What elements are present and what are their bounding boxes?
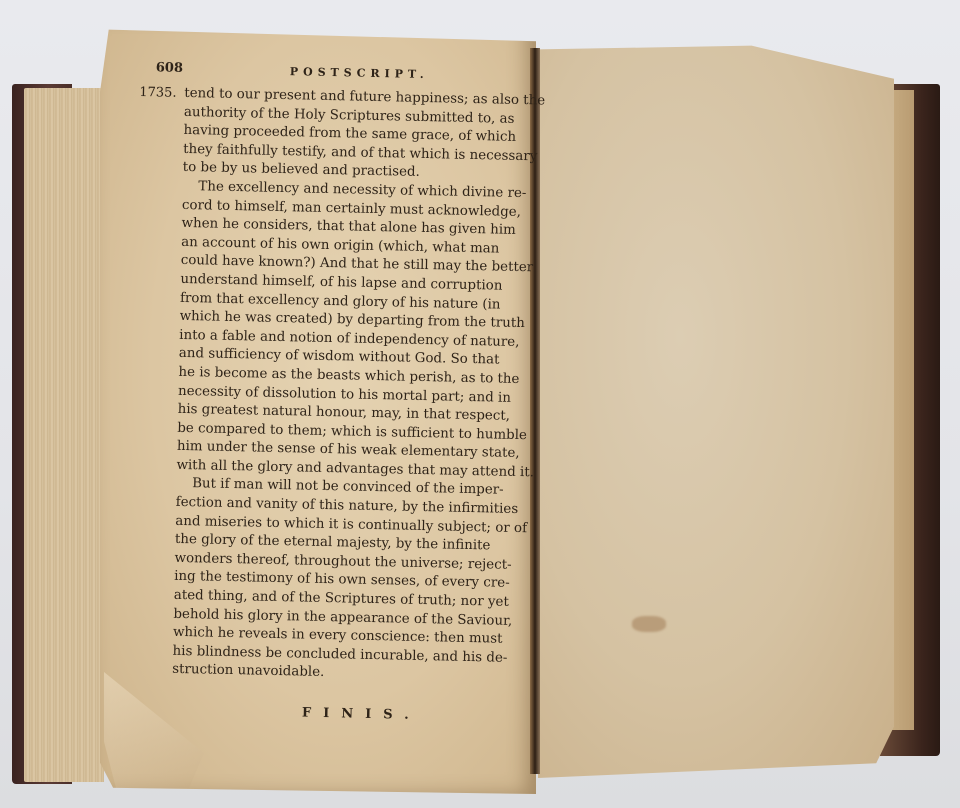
text-lines: tend to our present and future happiness… [171, 85, 524, 728]
margin-year: 1735. [139, 84, 177, 103]
left-page-text: 608 POSTSCRIPT. 1735. tend to our presen… [126, 60, 520, 727]
book-photo: 608 POSTSCRIPT. 1735. tend to our presen… [0, 0, 960, 808]
page-block-edges [24, 88, 104, 782]
right-page-blank [538, 42, 894, 778]
body-text: 1735. tend to our present and future hap… [126, 84, 519, 727]
page-number: 608 [156, 60, 183, 76]
running-head-title: POSTSCRIPT. [290, 65, 429, 81]
paper-stain [632, 616, 666, 632]
